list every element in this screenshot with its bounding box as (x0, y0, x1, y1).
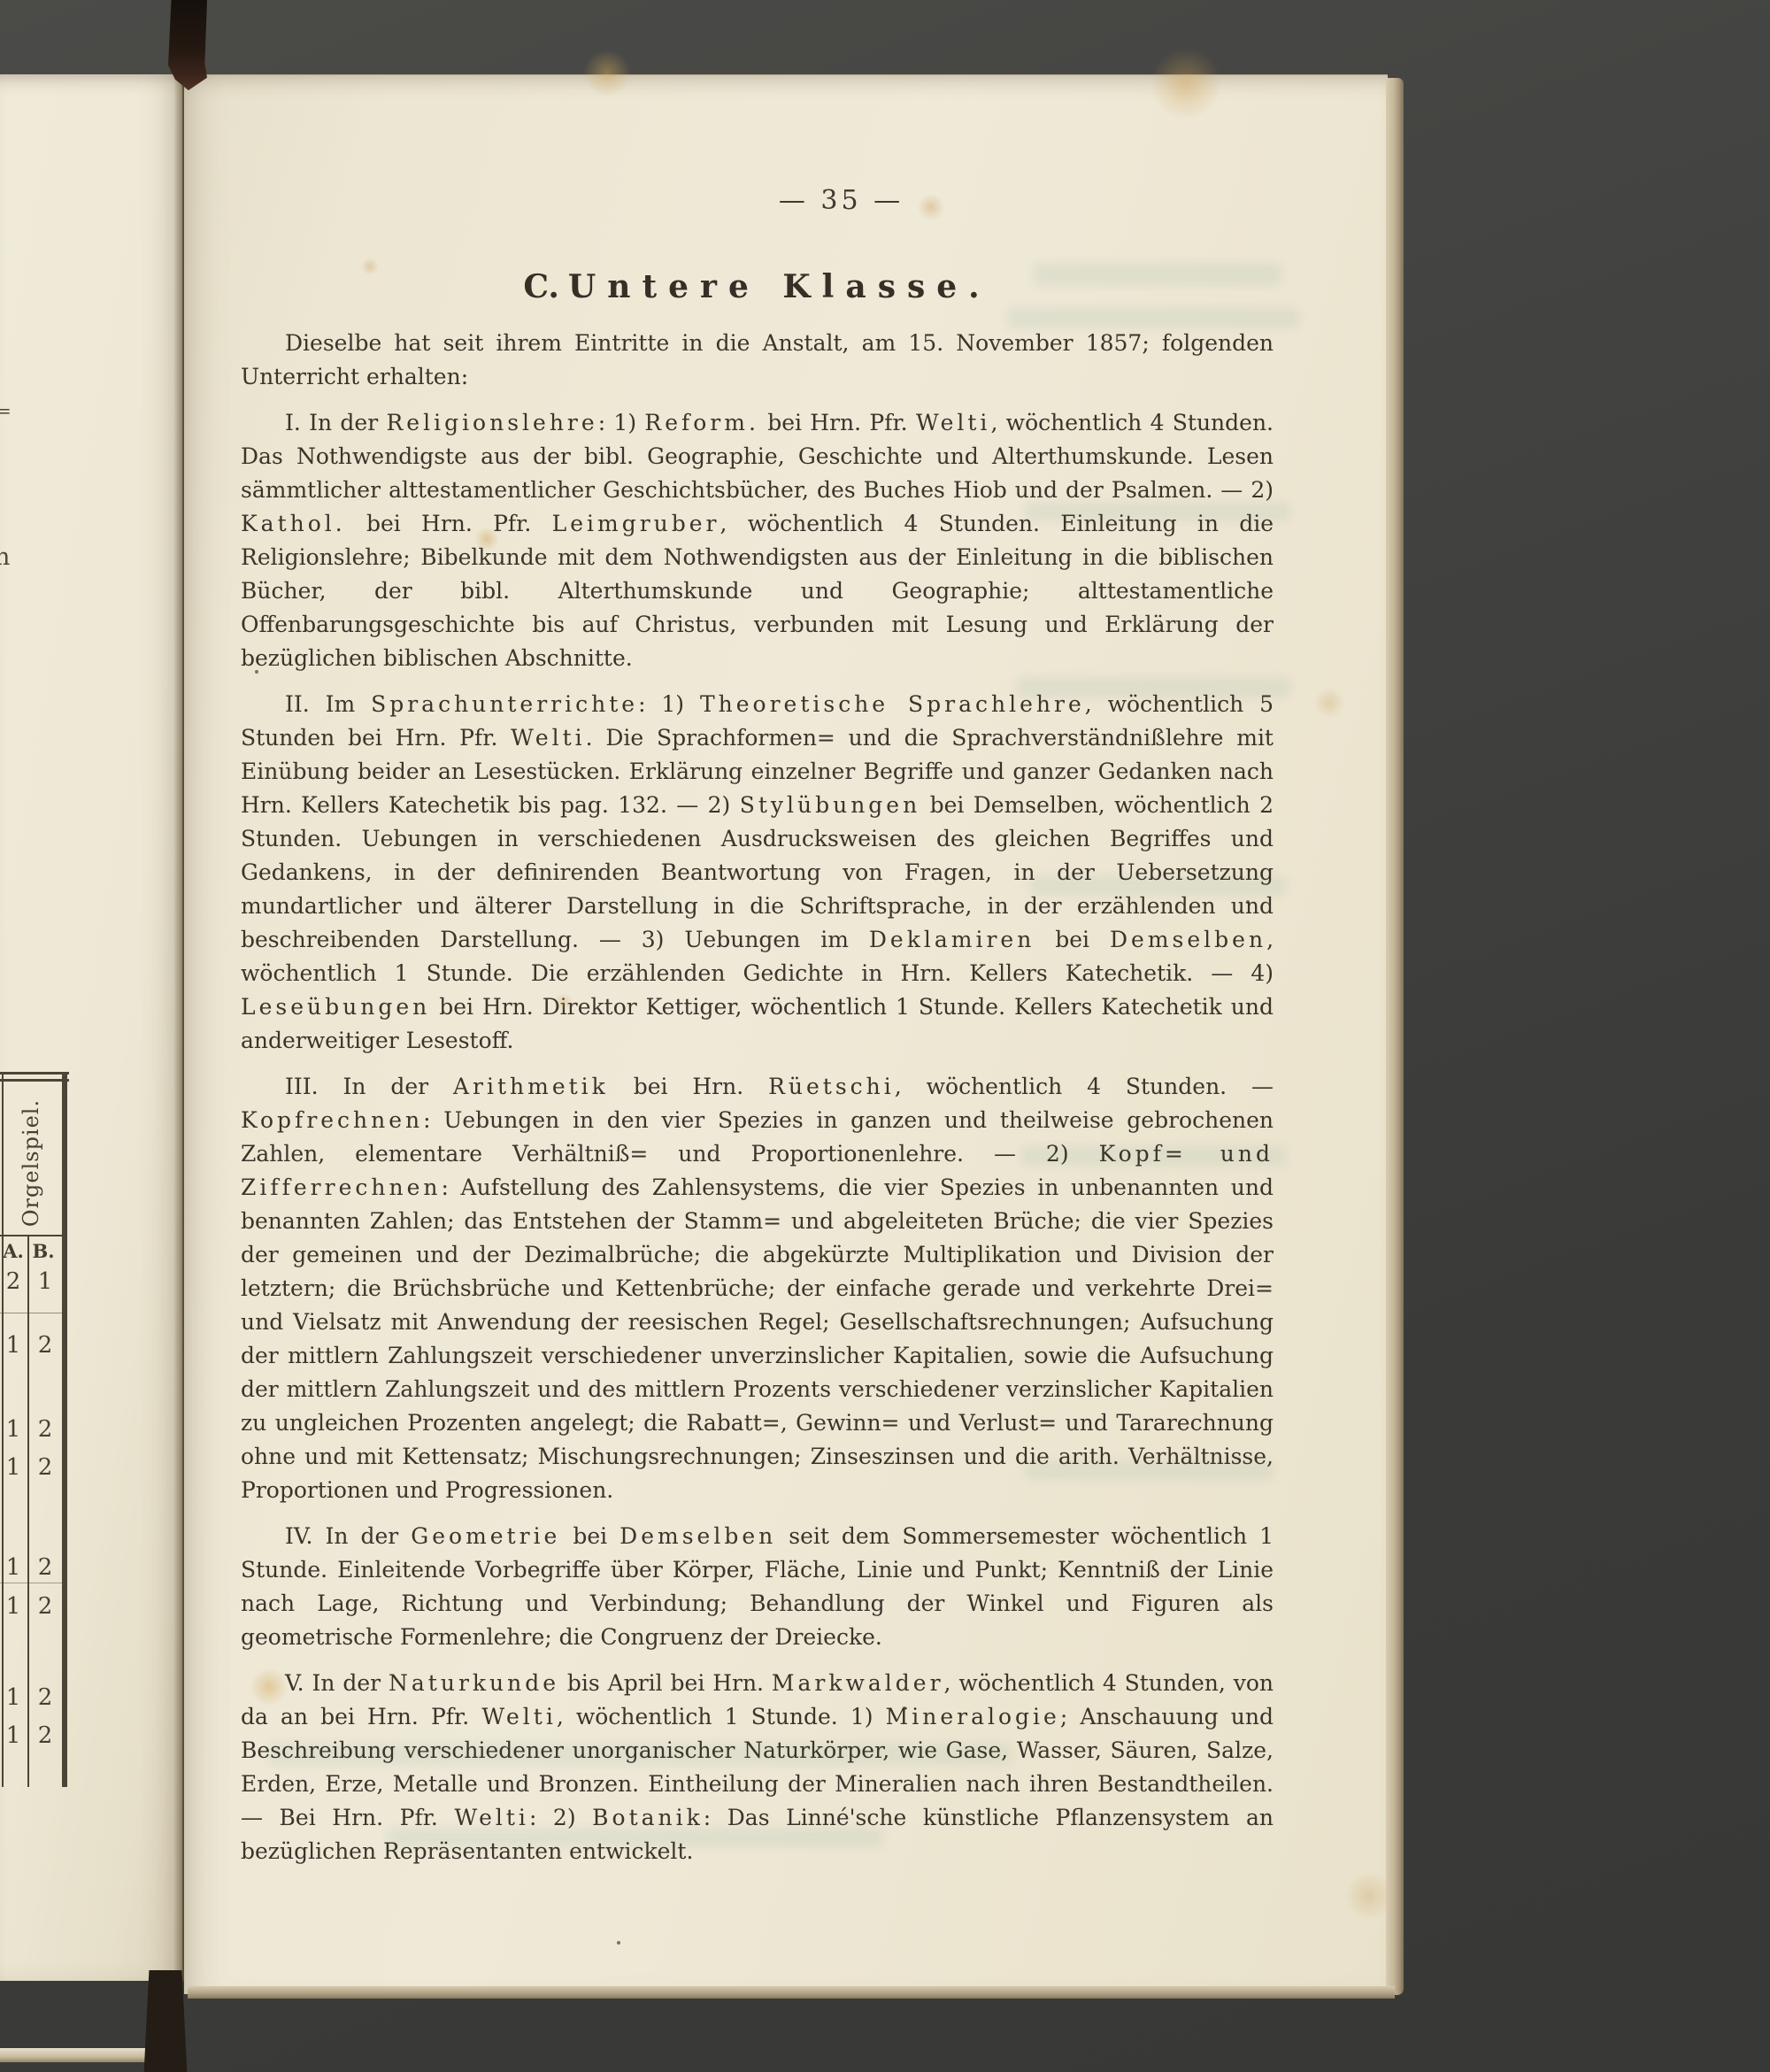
emphasized-term: Welti (481, 1704, 557, 1729)
table-cell: 1 (32, 1268, 58, 1295)
stain (1313, 688, 1345, 718)
emphasized-term: Leseübungen (241, 994, 430, 1020)
bookmark-ribbon (168, 0, 207, 90)
heading-title: Untere Klasse. (568, 268, 991, 305)
emphasized-term: Reform. (644, 410, 759, 435)
heading-letter: C. (523, 268, 559, 305)
emphasized-term: Welti (454, 1805, 529, 1830)
table-cell: 2 (32, 1454, 58, 1481)
text-run: : 2) (529, 1805, 592, 1830)
stain (1149, 49, 1223, 119)
paragraph: IV. In der Geometrie bei Demselben seit … (241, 1520, 1274, 1654)
text-run: bei Hrn. Pfr. (759, 410, 916, 435)
facing-page: = n Orgelspiel. A. B. 2112121212121212 (0, 74, 184, 1981)
text-run: : 1) (638, 691, 700, 717)
emphasized-term: Geometrie (411, 1523, 560, 1549)
text-run: : 1) (598, 410, 645, 435)
table-column-header: A. (0, 1240, 27, 1262)
emphasized-term: Deklamiren (869, 927, 1035, 952)
text-run: III. In der (285, 1074, 453, 1099)
emphasized-term: Welti (511, 725, 586, 751)
table-cell: 2 (32, 1684, 58, 1711)
show-through (1007, 307, 1299, 328)
emphasized-term: Leimgruber (552, 511, 720, 536)
table-row-separator (0, 1313, 62, 1313)
emphasized-term: Botanik (592, 1805, 704, 1830)
page-number: — 35 — (325, 185, 1358, 216)
text-run: : Aufstellung des Zahlensystems, die vie… (241, 1175, 1274, 1503)
table-cell: 2 (32, 1593, 58, 1620)
text-run: bis April bei Hrn. (559, 1670, 772, 1696)
emphasized-term: Stylübungen (740, 792, 921, 818)
emphasized-term: Welti (916, 410, 991, 435)
table-cell: 2 (32, 1554, 58, 1581)
table-cell: 2 (0, 1268, 27, 1295)
table-border (62, 1072, 67, 1787)
text-run: II. Im (285, 691, 371, 717)
emphasized-term: Naturkunde (389, 1670, 559, 1696)
emphasized-term: Religionslehre (386, 410, 597, 435)
paragraph: I. In der Religionslehre: 1) Reform. bei… (241, 406, 1274, 675)
paragraph: Dieselbe hat seit ihrem Eintritte in die… (241, 327, 1274, 394)
table-cell: 1 (0, 1684, 27, 1711)
book-photo: = n Orgelspiel. A. B. 2112121212121212 (0, 0, 1770, 2072)
emphasized-term: Sprachunterrichte (371, 691, 638, 717)
text-run: IV. In der (285, 1523, 411, 1549)
table-cell: 2 (32, 1416, 58, 1443)
stain (582, 50, 632, 96)
table-cell: 1 (0, 1332, 27, 1359)
paragraph: II. Im Sprachunterrichte: 1) Theoretisch… (241, 688, 1274, 1058)
emphasized-term: Markwalder (772, 1670, 944, 1696)
text-run: , wöchentlich 4 Stunden. — (895, 1074, 1274, 1099)
table-cell: 2 (32, 1332, 58, 1359)
text-run: bei Hrn. (609, 1074, 768, 1099)
paragraph: V. In der Naturkunde bis April bei Hrn. … (241, 1667, 1274, 1868)
table-cell: 1 (0, 1722, 27, 1749)
emphasized-term: Kopfrechnen (241, 1107, 423, 1133)
section-heading: C.Untere Klasse. (241, 268, 1274, 305)
facing-page-text-fragment: = (0, 400, 12, 421)
text-run: bei Hrn. Pfr. (346, 511, 552, 536)
text-run: bei (1035, 927, 1110, 952)
table-cell: 1 (0, 1454, 27, 1481)
emphasized-term: Demselben (619, 1523, 776, 1549)
table-border (27, 1235, 29, 1787)
table-column-header: B. (30, 1240, 57, 1262)
text-run: I. In der (285, 410, 386, 435)
speck (617, 1941, 620, 1945)
emphasized-term: Kathol. (241, 511, 346, 536)
page-body-text: Dieselbe hat seit ihrem Eintritte in die… (241, 327, 1274, 1881)
table-cell: 1 (0, 1593, 27, 1620)
table-cell: 2 (32, 1722, 58, 1749)
text-run: Dieselbe hat seit ihrem Eintritte in die… (241, 330, 1274, 389)
emphasized-term: Theoretische Sprachlehre (700, 691, 1085, 717)
paragraph: III. In der Arithmetik bei Hrn. Rüetschi… (241, 1070, 1274, 1507)
table-cell: 1 (0, 1554, 27, 1581)
table-rotated-header: Orgelspiel. (19, 1075, 45, 1252)
facing-page-table: Orgelspiel. A. B. 2112121212121212 (0, 1072, 71, 1904)
text-run: , wöchentlich 1 Stunde. 1) (557, 1704, 886, 1729)
emphasized-term: Mineralogie (886, 1704, 1060, 1729)
table-cell: 1 (0, 1416, 27, 1443)
emphasized-term: Demselben (1110, 927, 1266, 952)
page-fore-edge (1386, 78, 1404, 1995)
page-bottom-edge (188, 1986, 1395, 1999)
book-page: — 35 — C.Untere Klasse. Dieselbe hat sei… (184, 74, 1388, 1994)
text-run: bei (560, 1523, 619, 1549)
text-run: V. In der (285, 1670, 389, 1696)
emphasized-term: Arithmetik (453, 1074, 609, 1099)
table-row-separator (0, 1583, 62, 1583)
facing-page-text-fragment: n (0, 543, 10, 571)
emphasized-term: Rüetschi (768, 1074, 895, 1099)
